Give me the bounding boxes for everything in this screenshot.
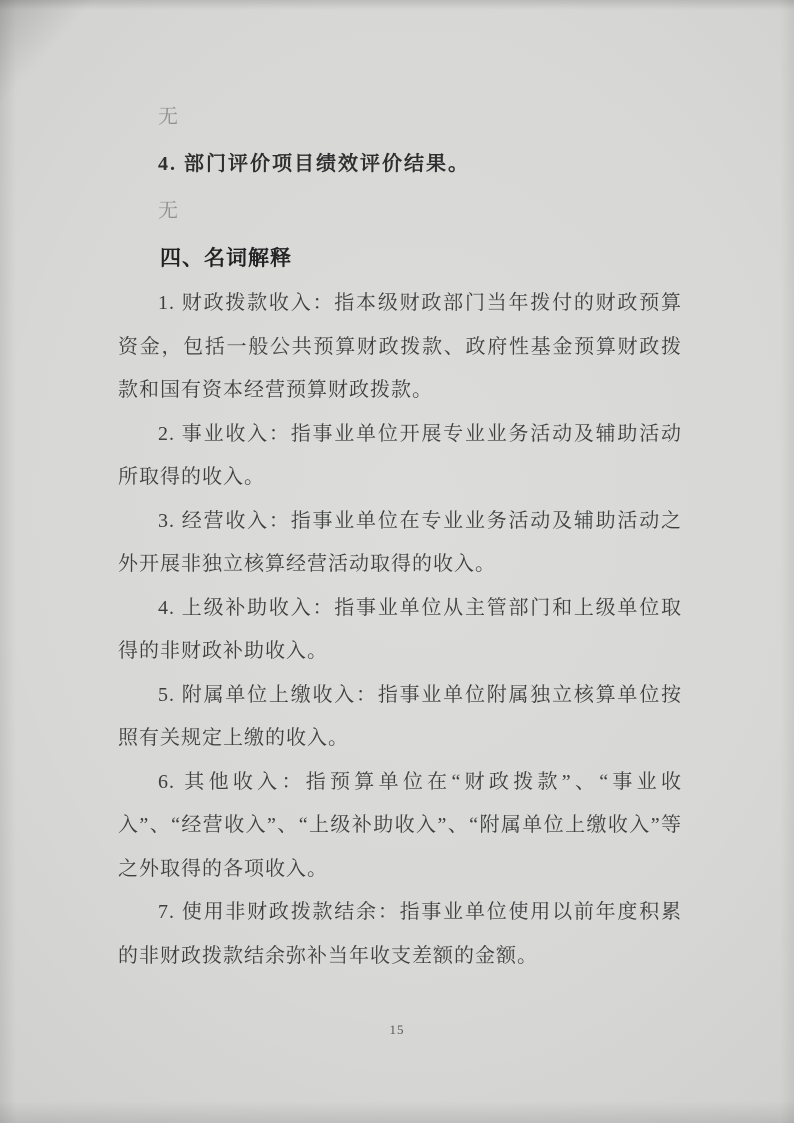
definition-paragraph: 4. 上级补助收入：指事业单位从主管部门和上级单位取得的非财政补助收入。 [118,587,682,674]
section-title: 四、名词解释 [118,235,682,282]
definition-paragraph: 1. 财政拨款收入：指本级财政部门当年拨付的财政预算资金，包括一般公共预算财政拨… [118,282,682,413]
page-content: 无 4. 部门评价项目绩效评价结果。 无 四、名词解释 1. 财政拨款收入：指本… [118,94,682,978]
definition-paragraph: 3. 经营收入：指事业单位在专业业务活动及辅助活动之外开展非独立核算经营活动取得… [118,500,682,587]
document-page: 无 4. 部门评价项目绩效评价结果。 无 四、名词解释 1. 财政拨款收入：指本… [0,0,794,1123]
definition-paragraph: 6. 其他收入：指预算单位在“财政拨款”、“事业收入”、“经营收入”、“上级补助… [118,761,682,892]
empty-value-text: 无 [118,94,682,141]
definition-paragraph: 5. 附属单位上缴收入：指事业单位附属独立核算单位按照有关规定上缴的收入。 [118,674,682,761]
empty-value-text: 无 [118,188,682,235]
page-number: 15 [0,1022,794,1038]
numbered-item-heading: 4. 部门评价项目绩效评价结果。 [118,141,682,188]
definition-paragraph: 7. 使用非财政拨款结余：指事业单位使用以前年度积累的非财政拨款结余弥补当年收支… [118,891,682,978]
definition-paragraph: 2. 事业收入：指事业单位开展专业业务活动及辅助活动所取得的收入。 [118,413,682,500]
